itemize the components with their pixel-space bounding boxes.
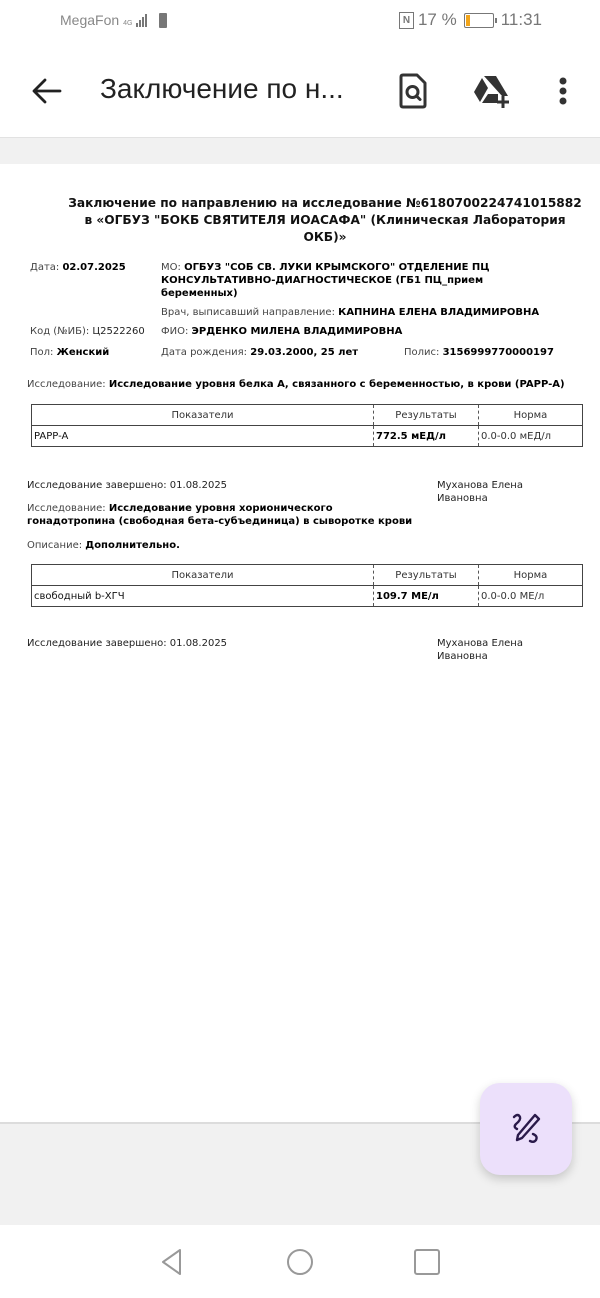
fio-field: ФИО: ЭРДЕНКО МИЛЕНА ВЛАДИМИРОВНА (161, 325, 402, 338)
doctor-field: Врач, выписавший направление: КАПНИНА ЕЛ… (161, 306, 539, 319)
table-header: Показатели Результаты Норма (32, 405, 583, 426)
clock: 11:31 (501, 10, 542, 30)
date-field: Дата: 02.07.2025 (30, 261, 126, 274)
signal-icon: 4G (123, 13, 146, 27)
nfc-icon: N (399, 12, 414, 29)
col-norm: Норма (479, 405, 583, 426)
table-header: Показатели Результаты Норма (32, 565, 583, 586)
network-type: 4G (123, 20, 132, 27)
col-indicator: Показатели (32, 565, 374, 586)
code-field: Код (№ИБ): Ц2522260 (30, 325, 145, 338)
storage-icon (159, 13, 167, 28)
norm-cell: 0.0-0.0 МЕ/л (479, 586, 583, 607)
norm-cell: 0.0-0.0 мЕД/л (479, 426, 583, 447)
study-2-signer: Муханова Елена Ивановна (437, 637, 523, 663)
policy-field: Полис: 3156999770000197 (404, 346, 554, 359)
more-options-button[interactable] (548, 72, 578, 110)
study-1-signer: Муханова Елена Ивановна (437, 479, 523, 505)
col-result: Результаты (374, 565, 479, 586)
add-to-drive-button[interactable] (472, 72, 508, 110)
carrier-name: MegaFon (60, 12, 119, 28)
report-title: Заключение по направлению на исследовани… (20, 195, 600, 246)
back-icon (30, 74, 64, 108)
sex-field: Пол: Женский (30, 346, 109, 359)
study-1-table: Показатели Результаты Норма PAPP-A 772.5… (31, 404, 583, 447)
nav-back-button[interactable] (157, 1247, 187, 1277)
status-bar: MegaFon 4G N 17 % 11:31 (0, 0, 600, 44)
nav-recents-icon (412, 1247, 442, 1277)
pdf-page: Заключение по направлению на исследовани… (0, 164, 600, 1122)
birth-field: Дата рождения: 29.03.2000, 25 лет (161, 346, 358, 359)
draw-annotate-icon (508, 1111, 544, 1147)
back-button[interactable] (30, 74, 64, 108)
table-row: свободный b-ХГЧ 109.7 МЕ/л 0.0-0.0 МЕ/л (32, 586, 583, 607)
nav-home-button[interactable] (285, 1247, 315, 1277)
indicator-cell: свободный b-ХГЧ (32, 586, 374, 607)
search-document-button[interactable] (395, 72, 431, 110)
drive-add-icon (472, 72, 512, 110)
status-left: MegaFon 4G (60, 12, 167, 28)
col-indicator: Показатели (32, 405, 374, 426)
result-cell: 772.5 мЕД/л (374, 426, 479, 447)
result-cell: 109.7 МЕ/л (374, 586, 479, 607)
indicator-cell: PAPP-A (32, 426, 374, 447)
page-separator (0, 137, 600, 165)
study-2-name: Исследование: Исследование уровня хорион… (27, 502, 412, 528)
study-2-completed: Исследование завершено: 01.08.2025 (27, 637, 227, 650)
battery-percent: 17 % (418, 10, 457, 30)
study-1-name: Исследование: Исследование уровня белка … (27, 378, 565, 391)
study-2-table: Показатели Результаты Норма свободный b-… (31, 564, 583, 607)
status-right: N 17 % 11:31 (399, 10, 542, 30)
more-vert-icon (548, 72, 578, 110)
study-2-description: Описание: Дополнительно. (27, 539, 180, 552)
search-document-icon (395, 72, 431, 110)
system-nav-bar (0, 1225, 600, 1298)
table-row: PAPP-A 772.5 мЕД/л 0.0-0.0 мЕД/л (32, 426, 583, 447)
annotate-fab[interactable] (480, 1083, 572, 1175)
study-1-completed: Исследование завершено: 01.08.2025 (27, 479, 227, 492)
battery-icon (464, 13, 494, 28)
col-result: Результаты (374, 405, 479, 426)
nav-recents-button[interactable] (412, 1247, 442, 1277)
app-bar: Заключение по н... (0, 44, 600, 137)
title-line: в «ОГБУЗ "БОКБ СВЯТИТЕЛЯ ИОАСАФА" (Клини… (20, 212, 600, 229)
nav-home-icon (285, 1247, 315, 1277)
col-norm: Норма (479, 565, 583, 586)
title-line: ОКБ)» (20, 229, 600, 246)
document-title: Заключение по н... (100, 73, 344, 105)
nav-back-icon (157, 1247, 187, 1277)
title-line: Заключение по направлению на исследовани… (20, 195, 600, 212)
mo-field: МО: ОГБУЗ "СОБ СВ. ЛУКИ КРЫМСКОГО" ОТДЕЛ… (161, 261, 490, 300)
